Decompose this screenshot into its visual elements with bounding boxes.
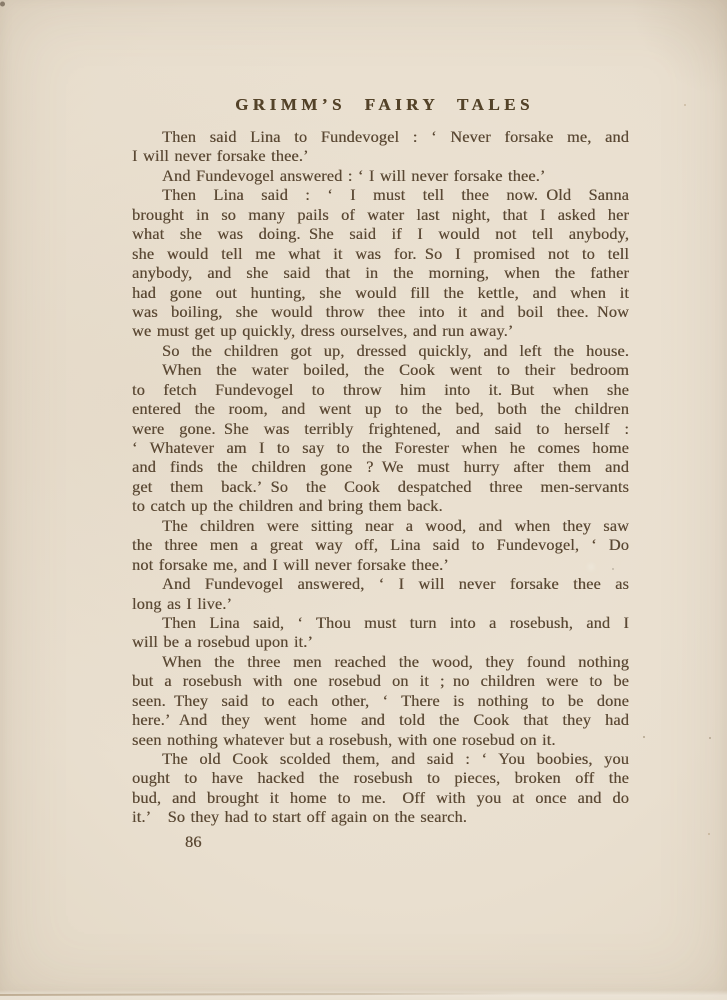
text-line: Then said Lina to Fundevogel : ‘ Never f… xyxy=(132,127,629,146)
text-line: it.’ So they had to start off again on t… xyxy=(132,807,629,826)
text-line: Then Lina said, ‘ Thou must turn into a … xyxy=(132,613,629,632)
text-line: ‘ Whatever am I to say to the Forester w… xyxy=(132,438,629,457)
text-line: were gone. She was terribly frightened, … xyxy=(132,419,629,438)
text-line: to catch up the children and bring them … xyxy=(132,496,629,515)
text-line: brought in so many pails of water last n… xyxy=(132,205,629,224)
text-line: So the children got up, dressed quickly,… xyxy=(132,341,629,360)
text-line: And Fundevogel answered, ‘ I will never … xyxy=(132,574,629,593)
text-line: the three men a great way off, Lina said… xyxy=(132,535,629,554)
book-page: GRIMM’S FAIRY TALES Then said Lina to Fu… xyxy=(0,0,727,1000)
text-line: entered the room, and went up to the bed… xyxy=(132,399,629,418)
text-line: and finds the children gone ? We must hu… xyxy=(132,457,629,476)
body-lines: Then said Lina to Fundevogel : ‘ Never f… xyxy=(132,127,629,827)
text-line: what she was doing. She said if I would … xyxy=(132,224,629,243)
text-line: we must get up quickly, dress ourselves,… xyxy=(132,321,629,340)
text-line: to fetch Fundevogel to throw him into it… xyxy=(132,380,629,399)
text-line: When the water boiled, the Cook went to … xyxy=(132,360,629,379)
text-line: And Fundevogel answered : ‘ I will never… xyxy=(132,166,629,185)
text-line: bud, and brought it home to me. Off with… xyxy=(132,788,629,807)
text-line: will be a rosebud upon it.’ xyxy=(132,632,629,651)
running-head: GRIMM’S FAIRY TALES xyxy=(136,95,633,115)
text-line: had gone out hunting, she would fill the… xyxy=(132,283,629,302)
page-bottom-edge xyxy=(0,990,727,1000)
paper-speck xyxy=(643,736,645,738)
text-line: anybody, and she said that in the mornin… xyxy=(132,263,629,282)
text-line: long as I live.’ xyxy=(132,594,629,613)
text-line: The old Cook scolded them, and said : ‘ … xyxy=(132,749,629,768)
text-line: ought to have hacked the rosebush to pie… xyxy=(132,768,629,787)
text-line: get them back.’ So the Cook despatched t… xyxy=(132,477,629,496)
text-line: When the three men reached the wood, the… xyxy=(132,652,629,671)
text-line: seen. They said to each other, ‘ There i… xyxy=(132,691,629,710)
text-line: she would tell me what it was for. So I … xyxy=(132,244,629,263)
text-line: but a rosebush with one rosebud on it ; … xyxy=(132,671,629,690)
text-line: not forsake me, and I will never forsake… xyxy=(132,555,629,574)
text-line: was boiling, she would throw thee into i… xyxy=(132,302,629,321)
text-line: seen nothing whatever but a rosebush, wi… xyxy=(132,730,629,749)
text-line: I will never forsake thee.’ xyxy=(132,146,629,165)
page-number: 86 xyxy=(132,832,629,851)
text-line: Then Lina said : ‘ I must tell thee now.… xyxy=(132,185,629,204)
text-line: The children were sitting near a wood, a… xyxy=(132,516,629,535)
page-text: Then said Lina to Fundevogel : ‘ Never f… xyxy=(132,127,629,851)
text-line: here.’ And they went home and told the C… xyxy=(132,710,629,729)
